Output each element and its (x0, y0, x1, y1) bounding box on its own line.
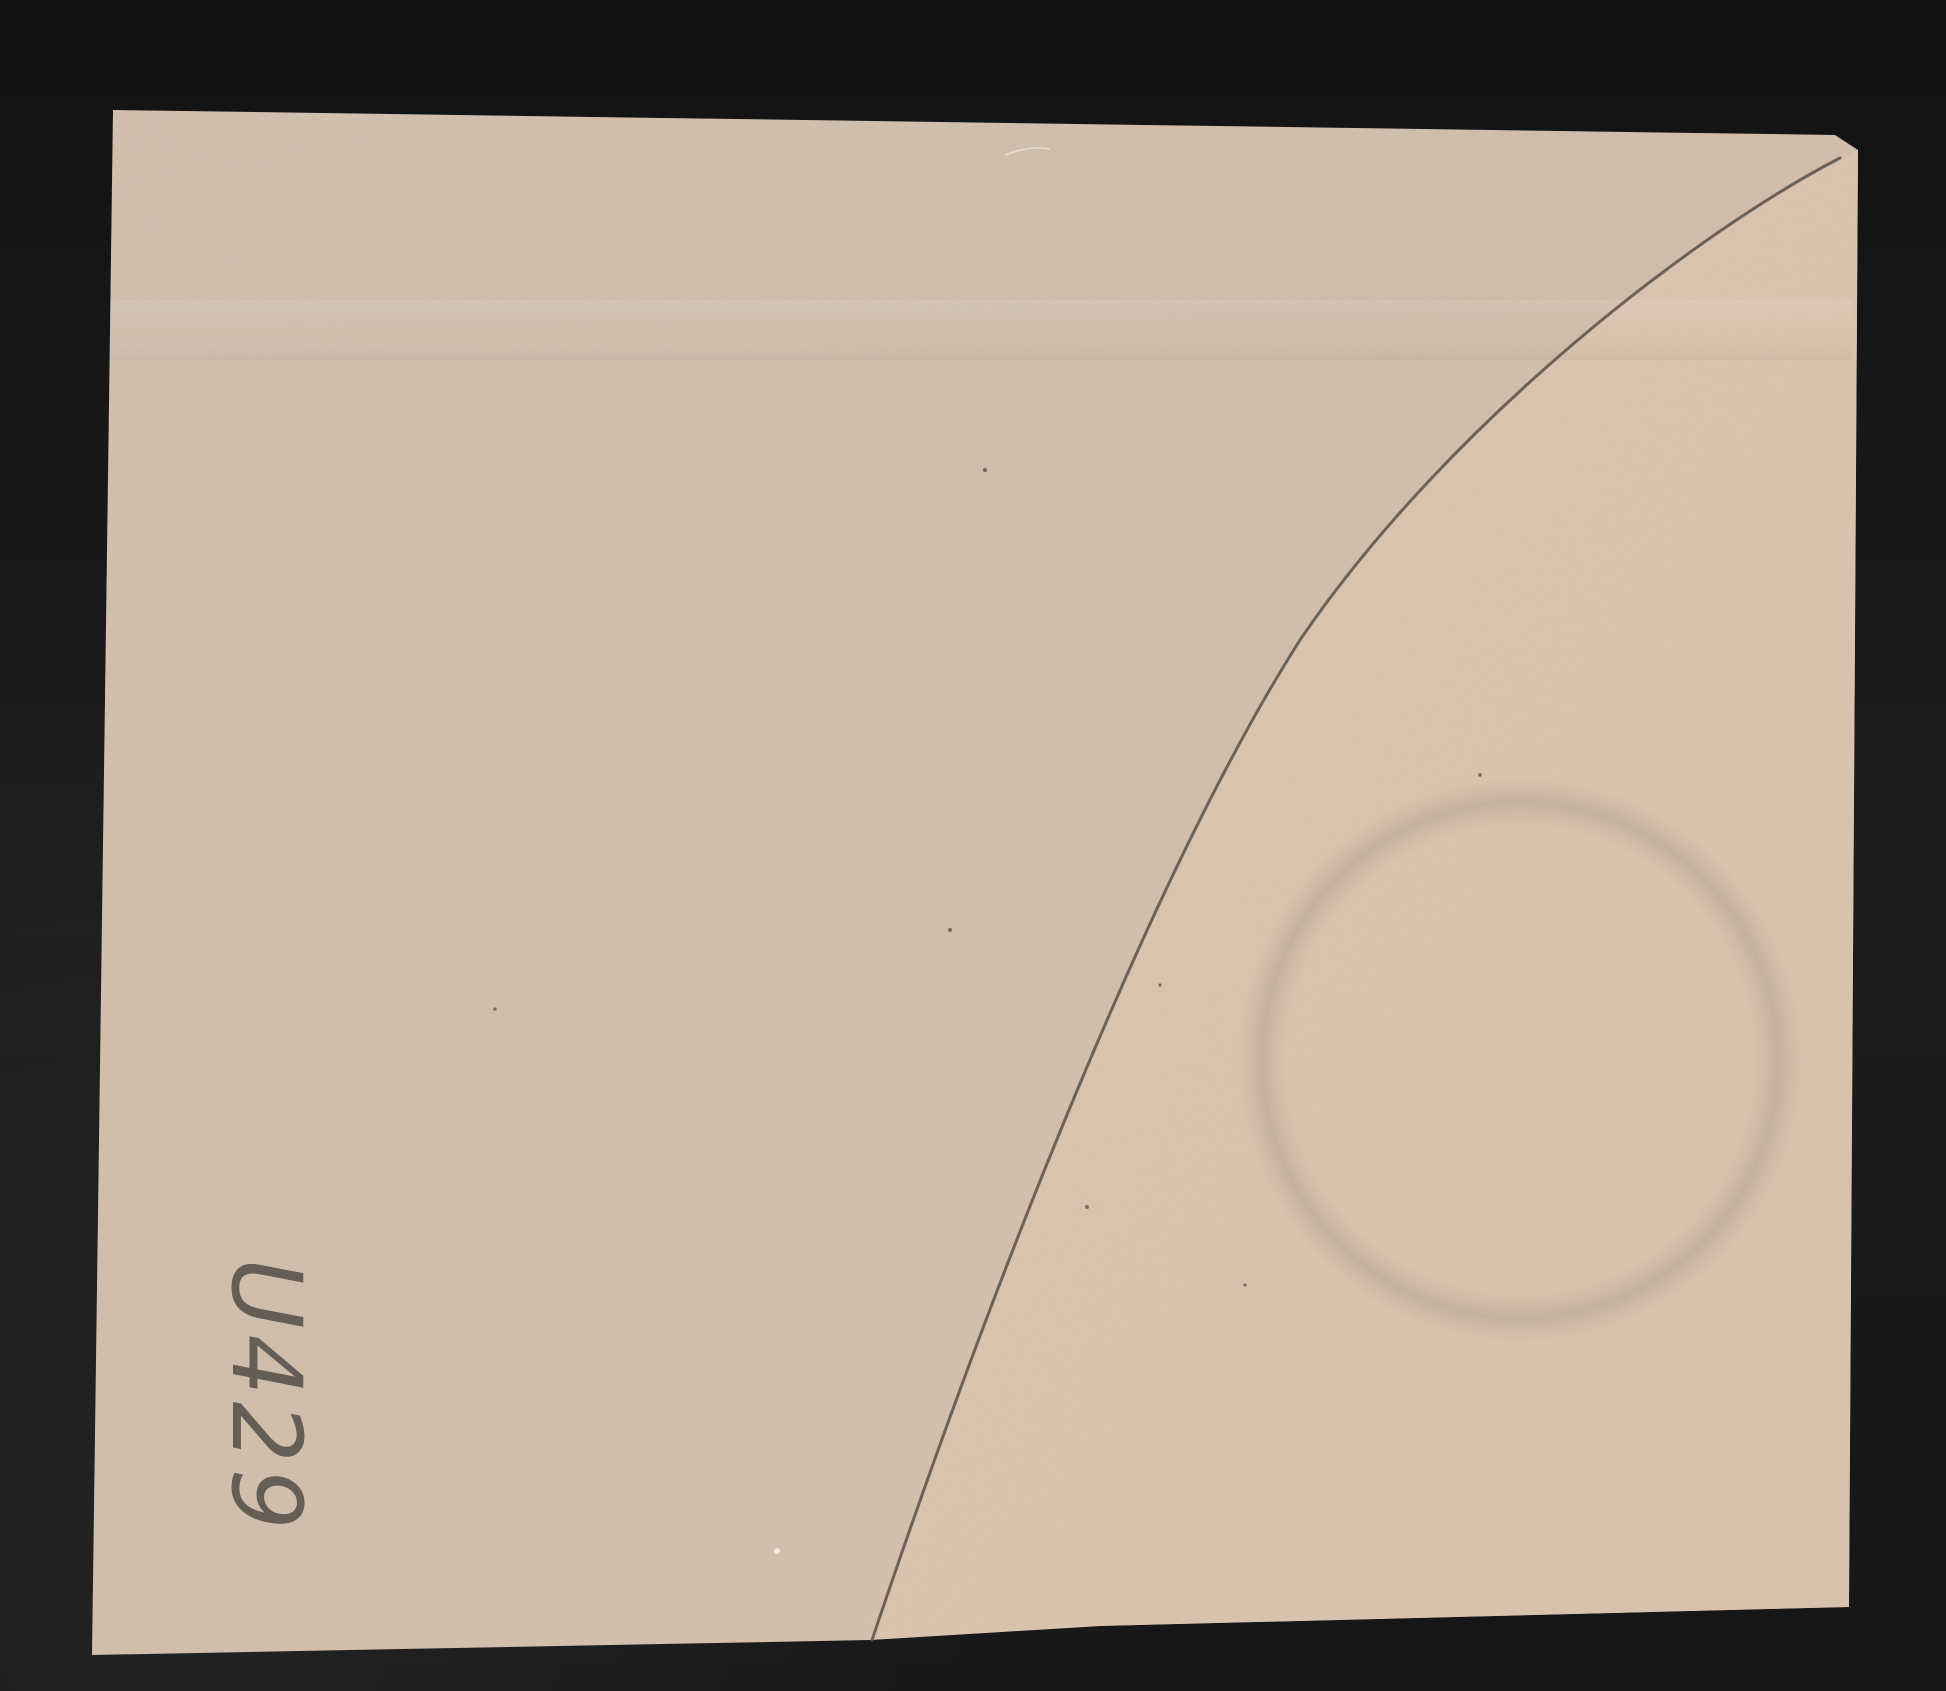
handwritten-catalog-note: U429 (196, 1262, 336, 1532)
photo-scene: U429 (0, 0, 1946, 1691)
note-text: U429 (210, 1258, 322, 1536)
